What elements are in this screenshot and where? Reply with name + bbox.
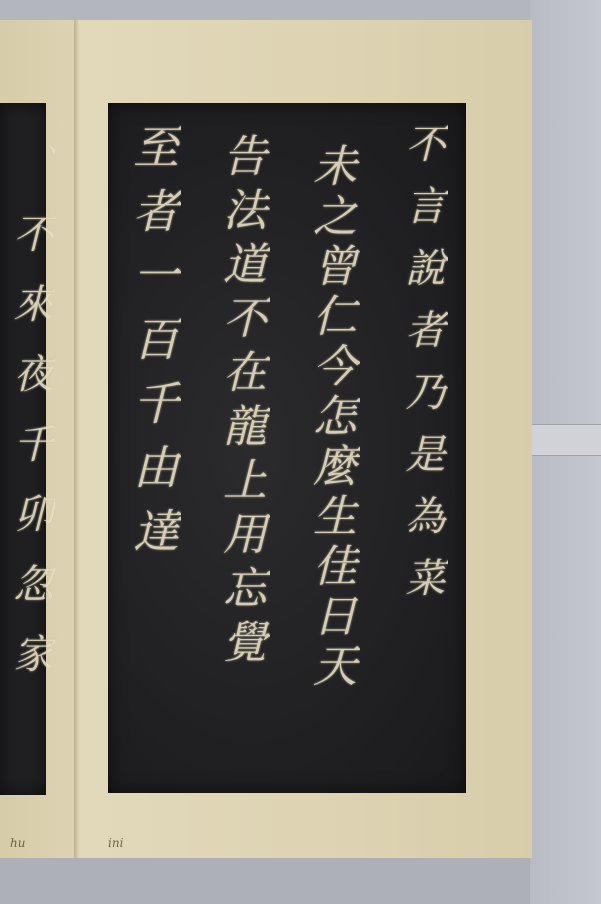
background-strip — [530, 424, 601, 456]
left-page-rubbing: 、不來夜千卯忽家 — [0, 103, 46, 795]
calligraphy-column-2: 未之曾仁今怎麼生佳日天 — [298, 143, 362, 693]
main-rubbing: 不言說者乃是為菜 未之曾仁今怎麼生佳日天 告法道不在龍上用忘覺 至者一百千由達 — [108, 103, 466, 793]
left-calligraphy-column: 、不來夜千卯忽家 — [2, 143, 59, 703]
calligraphy-column-1: 不言說者乃是為菜 — [394, 123, 451, 619]
calligraphy-column-3: 告法道不在龍上用忘覺 — [208, 133, 272, 673]
calligraphy-column-4: 至者一百千由達 — [120, 123, 186, 571]
margin-note-right: ini — [108, 836, 123, 850]
margin-note-left: hu — [10, 836, 25, 850]
book-gutter — [74, 20, 79, 858]
